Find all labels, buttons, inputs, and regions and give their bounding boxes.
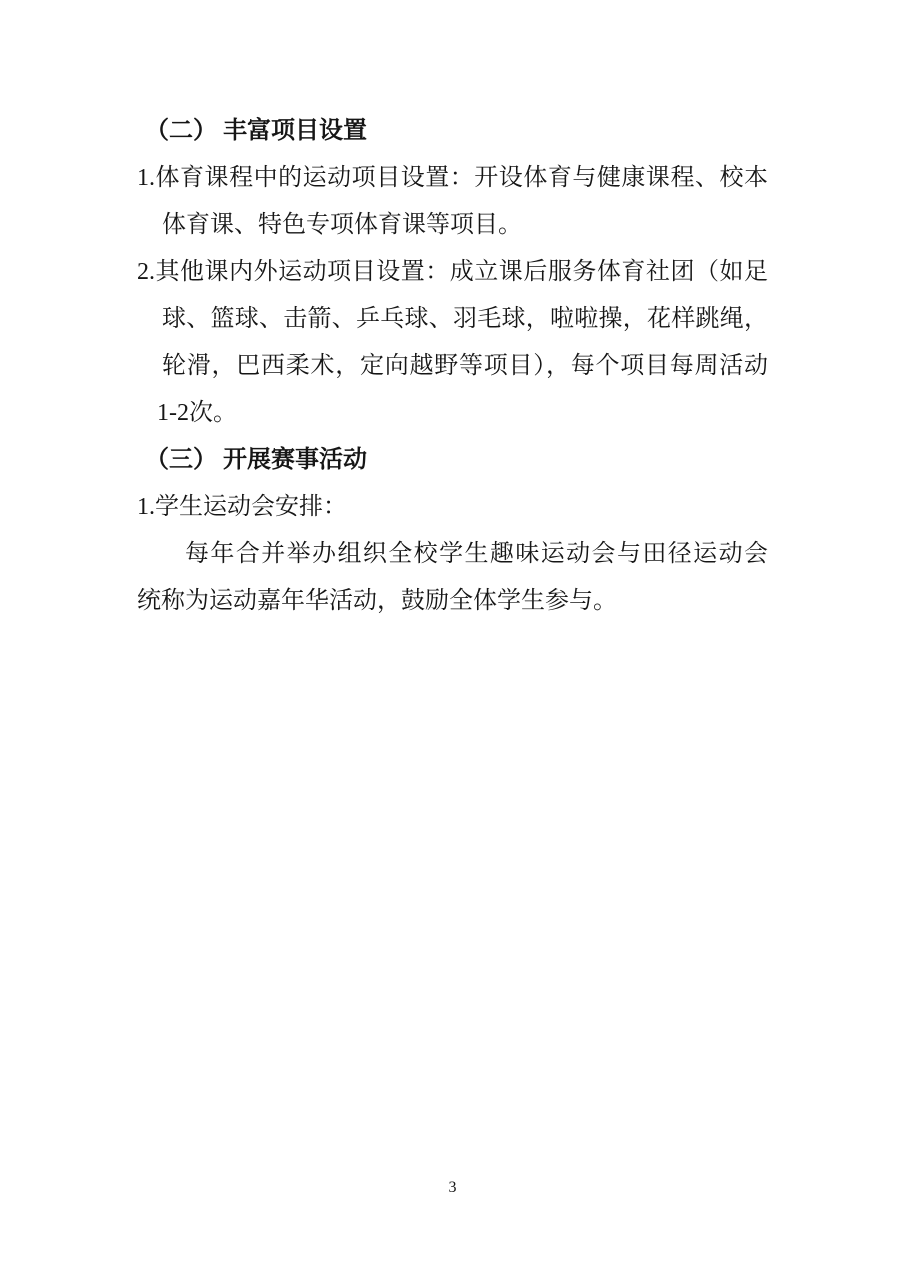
item-1-line-2: 体育课、特色专项体育课等项目。 bbox=[137, 202, 768, 249]
item-2-line-2: 球、篮球、击箭、乒乓球、羽毛球，啦啦操，花样跳绳， bbox=[137, 296, 768, 343]
paragraph-line-2: 统称为运动嘉年华活动，鼓励全体学生参与。 bbox=[137, 578, 768, 625]
page-number: 3 bbox=[0, 1178, 905, 1198]
paragraph-line-1: 每年合并举办组织全校学生趣味运动会与田径运动会 bbox=[137, 531, 768, 578]
item-1-line-1: 1.体育课程中的运动项目设置：开设体育与健康课程、校本 bbox=[137, 155, 768, 202]
item-2-line-4: 1-2次。 bbox=[137, 390, 768, 437]
text-block: （二） 丰富项目设置 1.体育课程中的运动项目设置：开设体育与健康课程、校本 体… bbox=[137, 108, 768, 625]
document-page: （二） 丰富项目设置 1.体育课程中的运动项目设置：开设体育与健康课程、校本 体… bbox=[0, 0, 905, 1280]
item-3-line-1: 1.学生运动会安排： bbox=[137, 484, 768, 531]
section-heading-3: （三） 开展赛事活动 bbox=[137, 437, 768, 484]
section-heading-2: （二） 丰富项目设置 bbox=[137, 108, 768, 155]
item-2-line-1: 2.其他课内外运动项目设置：成立课后服务体育社团（如足 bbox=[137, 249, 768, 296]
item-2-line-3: 轮滑，巴西柔术，定向越野等项目），每个项目每周活动 bbox=[137, 343, 768, 390]
